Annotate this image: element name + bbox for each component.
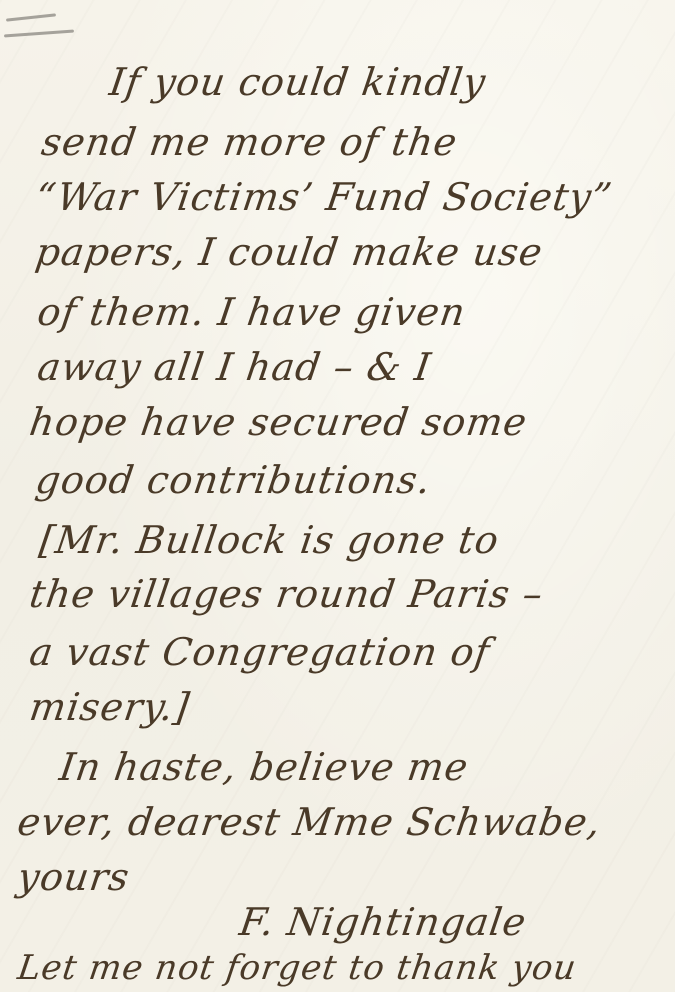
letter-line: ever, dearest Mme Schwabe,	[15, 800, 604, 844]
letter-line: away all I had – & I	[35, 345, 434, 389]
letter-page: If you could kindly send me more of the …	[0, 0, 675, 992]
letter-line: [Mr. Bullock is gone to	[37, 518, 502, 562]
letter-line: hope have secured some	[27, 400, 530, 444]
letter-line: of them. I have given	[35, 290, 469, 334]
pencil-mark	[4, 30, 74, 38]
letter-line: misery.]	[27, 685, 193, 729]
letter-line: a vast Congregation of	[27, 630, 493, 674]
letter-line: Let me not forget to thank you	[15, 948, 579, 988]
signature: F. Nightingale	[237, 900, 530, 944]
letter-line: the villages round Paris –	[27, 572, 546, 616]
letter-line: good contributions.	[33, 458, 434, 502]
pencil-mark	[6, 13, 56, 21]
letter-line: send me more of the	[39, 120, 461, 164]
letter-line: In haste, believe me	[57, 745, 471, 789]
letter-line: yours	[15, 855, 133, 899]
letter-line: papers, I could make use	[33, 230, 546, 274]
letter-line: “War Victims’ Fund Society”	[33, 175, 615, 219]
letter-line: If you could kindly	[107, 60, 489, 104]
